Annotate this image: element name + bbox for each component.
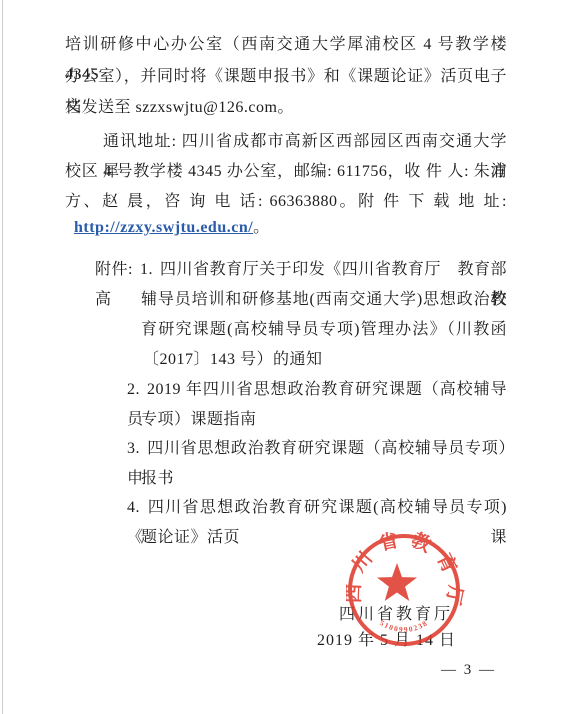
attachments-label: 附件: — [95, 261, 133, 278]
attachment-row-2: 2.2019 年四川省思想政治教育研究课题（高校辅导员 — [127, 375, 507, 405]
attachment-number: 1. — [140, 261, 153, 278]
scan-edge-line — [2, 0, 3, 714]
download-url-line: http://zzxy.swjtu.edu.cn/。 — [74, 213, 270, 243]
attachment-row-1-cont: 辅导员培训和研修基地(西南交通大学)思想政治教 — [141, 285, 507, 315]
body-line: 办公室），并同时将《课题申报书》和《课题论证》活页电子文 — [65, 62, 507, 92]
attachment-row-1-cont: 育研究课题(高校辅导员专项)管理办法》（川教函 — [141, 315, 507, 345]
attachment-row-4-cont: 题论证》活页 — [141, 523, 240, 553]
attachment-number: 3. — [127, 440, 140, 457]
page-number: — 3 — — [441, 659, 496, 681]
issue-date: 2019 年 5 月 14 日 — [317, 630, 456, 652]
attachment-text: 四川省思想政治教育研究课题（高校辅导员专项）申 — [127, 440, 507, 487]
issuing-authority: 四川省教育厅 — [339, 604, 453, 626]
attachment-row-1: 附件:1.四川省教育厅关于印发《四川省教育厅 教育部高校 — [95, 255, 507, 285]
seal-star-icon — [377, 563, 417, 601]
body-line-email: 档发送至 szzxswjtu@126.com。 — [65, 93, 294, 123]
attachment-row-4: 4.四川省思想政治教育研究课题(高校辅导员专项)《课 — [127, 493, 507, 523]
attachment-row-1-cont: 〔2017〕143 号）的通知 — [143, 345, 323, 375]
body-line: 通讯地址: 四川省成都市高新区西部园区西南交通大学犀浦 — [103, 127, 507, 157]
download-link[interactable]: http://zzxy.swjtu.edu.cn/ — [74, 219, 253, 236]
body-line: 培训研修中心办公室（西南交通大学犀浦校区 4 号教学楼 4345 — [65, 30, 507, 60]
attachment-row-2-cont: 专项）课题指南 — [141, 405, 257, 435]
attachment-row-3: 3.四川省思想政治教育研究课题（高校辅导员专项）申 — [127, 434, 507, 464]
attachment-number: 4. — [127, 499, 140, 516]
url-suffix: 。 — [253, 219, 270, 236]
body-line: 校区 4 号教学楼 4345 办公室，邮编: 611756，收 件 人: 朱方 — [65, 157, 507, 187]
attachment-number: 2. — [127, 381, 140, 398]
attachment-row-3-cont: 报书 — [141, 464, 174, 494]
document-page: 培训研修中心办公室（西南交通大学犀浦校区 4 号教学楼 4345 办公室），并同… — [0, 0, 572, 714]
